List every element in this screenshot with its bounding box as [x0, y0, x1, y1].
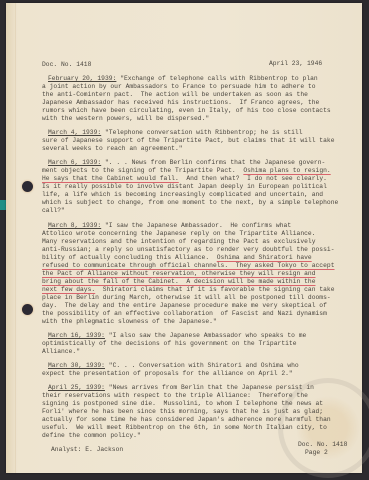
entry-line: rumors which have been circulating, even… [42, 107, 331, 115]
entry-line: Alliance." [42, 348, 80, 356]
entry-line: the possibility of an effective collabor… [42, 310, 327, 318]
entry-line: the anti-Comintern pact. The action will… [42, 91, 308, 99]
entry-line: define the common policy." [42, 432, 141, 440]
red-underlined-passage: the Pact of Alliance without reservation… [42, 270, 316, 277]
entry-date: April 25, 1939: [48, 384, 105, 391]
entry-line: useful. We will meet Ribbentrop on the 6… [42, 424, 327, 432]
hole-punch-icon [22, 181, 33, 192]
entry-line: sure of Japanese support of the Triparti… [42, 137, 335, 145]
entry-apr-25: April 25, 1939: "News arrives from Berli… [48, 384, 314, 392]
page-fold-shadow [15, 3, 17, 473]
entry-mar-4: March 4, 1939: "Telephone conversation w… [48, 129, 303, 137]
entry-date: March 6, 1939: [48, 159, 101, 166]
entry-line: actually for some time he has considered… [42, 416, 331, 424]
entry-line: place in Berlin during March, otherwise … [42, 294, 331, 302]
entry-line: Attolico wrote concerning the Japanese r… [42, 230, 316, 238]
entry-line: Many reservations and the intention of r… [42, 238, 316, 246]
entry-line: signing is postponed sine die. Mussolini… [42, 400, 323, 408]
entry-line: optimistically of the decisions of his g… [42, 340, 297, 348]
red-underlined-passage: refused to communicate through official … [42, 262, 335, 269]
entry-line: Is it really possible to involve distant… [42, 183, 327, 191]
analyst-line: Analyst: E. Jackson [51, 446, 123, 454]
entry-line: He says that the Cabinet would fall. And… [42, 175, 327, 183]
red-underlined-passage: He says that the Cabinet would fall. [42, 175, 179, 182]
red-underlined-passage: bring about the fall of the Cabinet. A d… [42, 278, 316, 285]
entry-line: day. The delay and the entire Japanese p… [42, 302, 327, 310]
entry-line: expect the presentation of proposals for… [42, 370, 293, 378]
entry-line: bring about the fall of the Cabinet. A d… [42, 278, 316, 286]
entry-mar-16: March 16, 1939: "I also saw the Japanese… [48, 332, 306, 340]
entry-line: refused to communicate through official … [42, 262, 335, 270]
entry-line: next few days. Shiratori claims that if … [42, 286, 335, 294]
entry-line: Japanese Ambassador has received his ins… [42, 99, 319, 107]
document-page: Doc. No. 1418 April 23, 1946 February 20… [6, 3, 362, 473]
document-date: April 23, 1946 [269, 60, 322, 68]
entry-date: March 8, 1939: [48, 222, 101, 229]
entry-line: their reservations with respect to the t… [42, 392, 308, 400]
entry-line: which is subject to change, from one mom… [42, 199, 338, 207]
red-underlined-passage: Oshima plans to resign. [243, 167, 330, 174]
footer-doc-number: Doc. No. 1418 [298, 441, 347, 449]
doc-number: Doc. No. 1418 [42, 61, 91, 69]
entry-line: ment objects to the signing of the Tripa… [42, 167, 331, 175]
entry-line: call?" [42, 207, 65, 215]
entry-line: bility of actually concluding this Allia… [42, 254, 312, 262]
entry-line: Forli' where he has been since this morn… [42, 408, 323, 416]
red-underlined-passage: Oshima and Shiratori have [217, 254, 312, 261]
entry-feb-20: February 20, 1939: "Exchange of telephon… [48, 75, 318, 83]
entry-date: March 16, 1939: [48, 332, 105, 339]
entry-line: anti-Russian; a reply so unsatisfactory … [42, 246, 335, 254]
entry-mar-8: March 8, 1939: "I saw the Japanese Ambas… [48, 222, 291, 230]
entry-line: with the western powers, will be dispers… [42, 115, 209, 123]
entry-date: February 20, 1939: [48, 75, 116, 82]
entry-line: a joint action by our Ambassadors to Fra… [42, 83, 316, 91]
entry-date: March 4, 1939: [48, 129, 101, 136]
entry-line: life, a life which is becoming increasin… [42, 191, 323, 199]
entry-mar-6: March 6, 1939: ". . . News from Berlin c… [48, 159, 325, 167]
entry-mar-30: March 30, 1939: "C. . . Conversation wit… [48, 362, 299, 370]
entry-line: the Pact of Alliance without reservation… [42, 270, 316, 278]
hole-punch-icon [22, 304, 33, 315]
entry-line: several weeks to reach an agreement." [42, 145, 183, 153]
entry-line: with the phlegmatic slowness of the Japa… [42, 318, 217, 326]
entry-date: March 30, 1939: [48, 362, 105, 369]
footer-page-number: Page 2 [305, 449, 328, 457]
red-underlined-passage: next few days. [42, 286, 95, 293]
